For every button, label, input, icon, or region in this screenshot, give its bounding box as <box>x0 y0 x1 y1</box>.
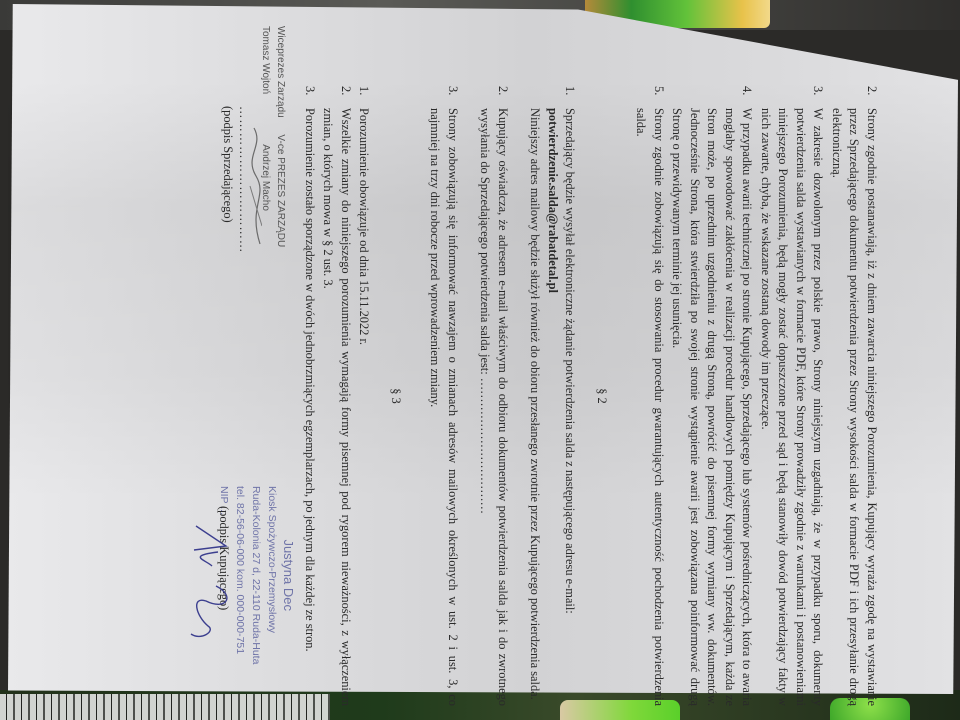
item-text: Sprzedający będzie wysyłał elektroniczne… <box>526 108 579 706</box>
item-text: Porozumienie obowiązuje od dnia 15.11.20… <box>355 108 373 706</box>
section-3-list: 1. Porozumienie obowiązuje od dnia 15.11… <box>301 86 373 706</box>
item-number: 2. <box>476 86 511 108</box>
item-text: W zakresie dozwolonym przez polskie praw… <box>757 108 827 706</box>
section-1-list: 2. Strony zgodnie postanawiają, iż z dni… <box>632 86 880 706</box>
signature-area: Wiceprezes Zarządu V-ce PREZES ZARZĄDU T… <box>177 86 297 706</box>
document-page: 2. Strony zgodnie postanawiają, iż z dni… <box>180 86 880 706</box>
item-text: Strony zgodnie postanawiają, iż z dniem … <box>828 108 881 706</box>
list-item: 1. Porozumienie obowiązuje od dnia 15.11… <box>355 86 373 706</box>
seller-stamp-line: V-ce PREZES ZARZĄDU <box>276 134 287 247</box>
item-number: 1. <box>526 86 579 108</box>
item-number: 3. <box>301 86 319 108</box>
seller-signature-label: (podpis Sprzedającego) <box>219 106 237 223</box>
seller-stamp: Wiceprezes Zarządu V-ce PREZES ZARZĄDU T… <box>259 26 289 247</box>
list-item: 4. W przypadku awarii technicznej po str… <box>668 86 756 706</box>
item-text: Kupujący oświadcza, że adresem e-mail wł… <box>476 108 511 706</box>
section-3-heading: § 3 <box>387 86 405 706</box>
item-text: Porozumienie zostało sporządzone w dwóch… <box>301 108 319 706</box>
buyer-stamp-name: Justyna Dec <box>281 486 297 664</box>
list-item: 1. Sprzedający będzie wysyłał elektronic… <box>526 86 579 706</box>
list-item: 2. Strony zgodnie postanawiają, iż z dni… <box>828 86 881 706</box>
list-item: 2. Wszelkie zmiany do niniejszego porozu… <box>319 86 354 706</box>
list-item: 3. W zakresie dozwolonym przez polskie p… <box>757 86 827 706</box>
list-item: 2. Kupujący oświadcza, że adresem e-mail… <box>476 86 511 706</box>
item-text: Strony zobowiązują się informować nawzaj… <box>426 108 461 706</box>
item-number: 2. <box>828 86 881 108</box>
buyer-stamp-line: Kiosk Spożywczo-Przemysłowy <box>265 486 281 664</box>
list-item: 3. Porozumienie zostało sporządzone w dw… <box>301 86 319 706</box>
item-text-main: Sprzedający będzie wysyłał elektroniczne… <box>564 108 578 614</box>
item-number: 1. <box>355 86 373 108</box>
item-number: 4. <box>668 86 756 108</box>
seller-stamp-line: Tomasz Wojtoń <box>261 26 272 94</box>
list-item: 5. Strony zgodnie zobowiązują się do sto… <box>632 86 667 706</box>
email-address: potwierdzenie.salda@rabatdetal.pl <box>546 108 560 293</box>
list-item: 3. Strony zobowiązują się informować naw… <box>426 86 461 706</box>
item-number: 2. <box>319 86 354 108</box>
seller-stamp-line: Wiceprezes Zarządu <box>276 26 287 118</box>
buyer-stamp-line: Ruda-Kolonia 27 d, 22-110 Ruda-Huta <box>249 486 265 664</box>
item-number: 5. <box>632 86 667 108</box>
item-text: Wszelkie zmiany do niniejszego porozumie… <box>319 108 354 706</box>
item-text: W przypadku awarii technicznej po stroni… <box>668 108 756 706</box>
item-number: 3. <box>757 86 827 108</box>
item-number: 3. <box>426 86 461 108</box>
buyer-signature-scribble <box>177 516 237 646</box>
seller-signature-line: …………………………… <box>235 106 253 253</box>
section-2-list: 1. Sprzedający będzie wysyłał elektronic… <box>426 86 579 706</box>
section-2-heading: § 2 <box>593 86 611 706</box>
item-text: Strony zgodnie zobowiązują się do stosow… <box>632 108 667 706</box>
item-text-after: Niniejszy adres mailowy będzie służył ró… <box>529 108 543 700</box>
